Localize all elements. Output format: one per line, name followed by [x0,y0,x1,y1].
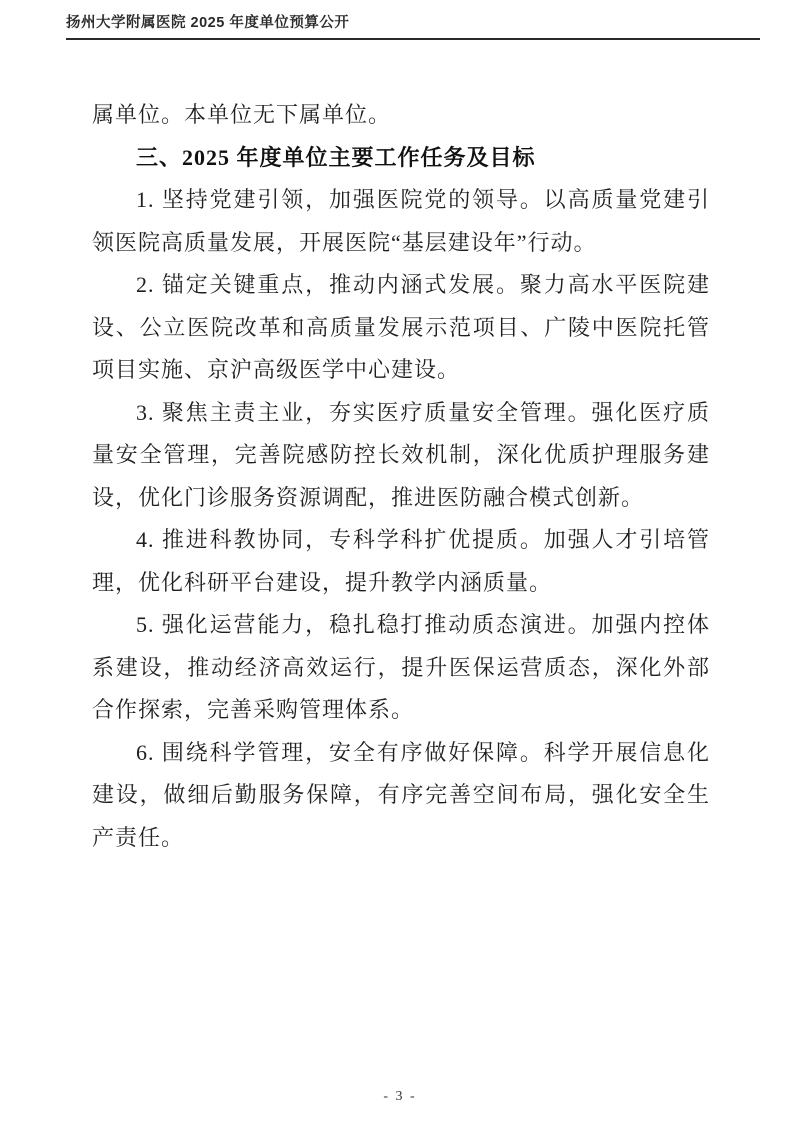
paragraph-task-2: 2. 锚定关键重点，推动内涵式发展。聚力高水平医院建设、公立医院改革和高质量发展… [92,264,710,392]
document-page: 扬州大学附属医院 2025 年度单位预算公开 属单位。本单位无下属单位。 三、2… [0,0,800,1131]
paragraph-continuation: 属单位。本单位无下属单位。 [92,94,710,137]
page-footer: - 3 - [0,1087,800,1105]
paragraph-task-4: 4. 推进科教协同，专科学科扩优提质。加强人才引培管理，优化科研平台建设，提升教… [92,519,710,604]
paragraph-task-6: 6. 围绕科学管理，安全有序做好保障。科学开展信息化建设，做细后勤服务保障，有序… [92,732,710,860]
section-heading: 三、2025 年度单位主要工作任务及目标 [92,137,710,180]
paragraph-task-1: 1. 坚持党建引领，加强医院党的领导。以高质量党建引领医院高质量发展，开展医院“… [92,179,710,264]
document-body: 属单位。本单位无下属单位。 三、2025 年度单位主要工作任务及目标 1. 坚持… [92,94,710,859]
paragraph-task-3: 3. 聚焦主责主业，夯实医疗质量安全管理。强化医疗质量安全管理，完善院感防控长效… [92,392,710,520]
page-header: 扬州大学附属医院 2025 年度单位预算公开 [66,13,760,40]
paragraph-task-5: 5. 强化运营能力，稳扎稳打推动质态演进。加强内控体系建设，推动经济高效运行，提… [92,604,710,732]
page-number: - 3 - [383,1089,416,1104]
running-head-title: 扬州大学附属医院 2025 年度单位预算公开 [66,13,760,33]
